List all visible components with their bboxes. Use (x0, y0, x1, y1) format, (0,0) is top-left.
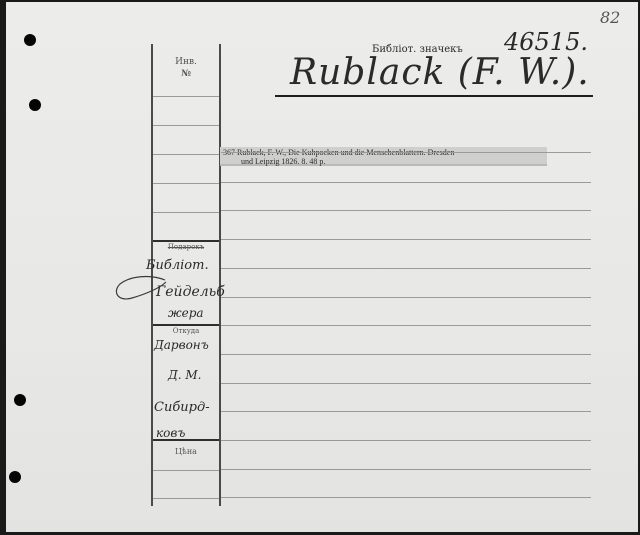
ruled-line (221, 440, 591, 441)
ruled-line (221, 469, 591, 470)
column-rule (153, 212, 219, 213)
column-rule (153, 154, 219, 155)
page-number: 82 (600, 8, 620, 27)
source-handwriting-1: Библіот. (146, 258, 209, 273)
column-rule (153, 125, 219, 126)
handwriting-flourish (110, 272, 170, 312)
from-label: Откуда (153, 327, 219, 335)
author-heading: Rublack (F. W.). (290, 52, 590, 93)
inventory-number-sign: № (153, 68, 219, 80)
ruled-line (221, 383, 591, 384)
from-handwriting-4: ковъ (156, 426, 185, 440)
ruled-line (221, 239, 591, 240)
heading-underline (275, 95, 593, 97)
crossed-gift-label: Подарокъ (153, 243, 219, 251)
ruled-line (221, 268, 591, 269)
catalog-card: 82 Инв. № Подарокъ Библіот. Гейдельб жер… (6, 2, 638, 532)
column-rule (153, 183, 219, 184)
from-handwriting-1: Дарвонъ (154, 338, 209, 352)
column-rule (153, 470, 219, 471)
price-label: Цѣна (153, 447, 219, 456)
ruled-line (221, 182, 591, 183)
ruled-line (221, 411, 591, 412)
column-rule (153, 96, 219, 97)
from-handwriting-3: Сибирд- (154, 400, 210, 415)
inventory-header-label: Инв. (153, 56, 219, 68)
from-handwriting-2: Д. М. (168, 368, 202, 382)
punch-hole (24, 34, 36, 46)
section-divider (153, 240, 219, 242)
punch-hole (9, 471, 21, 483)
column-rule (153, 498, 219, 499)
pasted-catalog-entry: 367 Rublack, F. W., Die Kuhpocken und di… (220, 147, 547, 166)
section-divider (153, 324, 219, 326)
punch-hole (29, 99, 41, 111)
ruled-line (221, 210, 591, 211)
section-divider (153, 439, 219, 441)
inventory-header: Инв. № (153, 56, 219, 80)
ruled-line (221, 325, 591, 326)
ruled-line (221, 497, 591, 498)
punch-hole (14, 394, 26, 406)
ruled-line (221, 297, 591, 298)
column-right-border (219, 44, 221, 506)
ruled-line (221, 152, 591, 153)
ruled-line (221, 354, 591, 355)
source-handwriting-3: жера (168, 306, 204, 320)
entry-line-2: und Leipzig 1826. 8. 48 p. (223, 157, 544, 166)
